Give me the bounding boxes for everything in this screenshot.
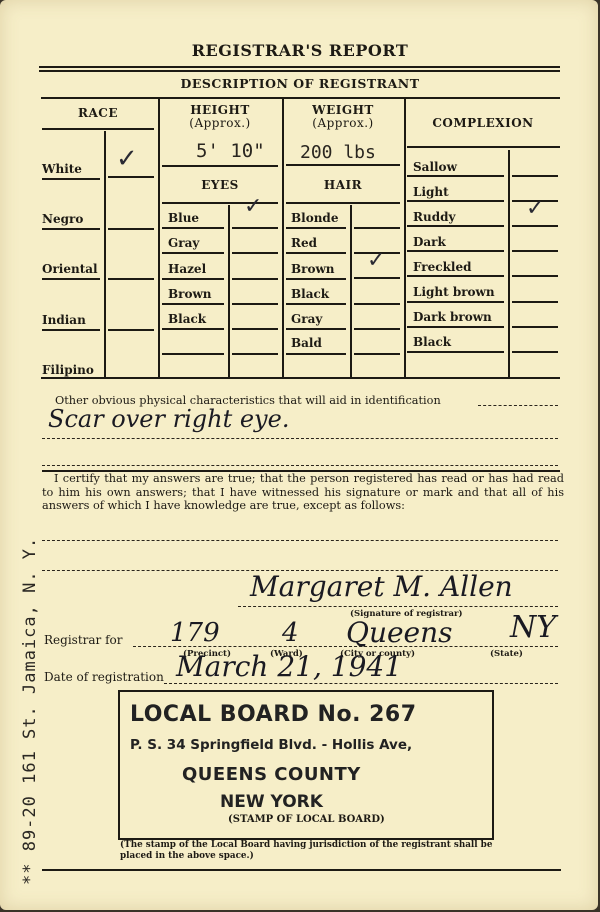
- city-value[interactable]: Queens: [346, 616, 453, 649]
- rule: [407, 275, 504, 277]
- rule: [512, 275, 558, 277]
- dotted-rule: [164, 683, 558, 684]
- hair-check-divider: [350, 205, 352, 378]
- race-check-white[interactable]: ✓: [116, 146, 138, 172]
- date-value[interactable]: March 21, 1941: [176, 650, 402, 683]
- complexion-header: COMPLEXION: [406, 116, 560, 130]
- race-header-rule: [42, 128, 154, 130]
- race-check-divider: [104, 131, 106, 378]
- hair-option-gray: Gray: [291, 312, 322, 326]
- complexion-option-dark: Dark: [413, 235, 446, 249]
- rule: [407, 301, 504, 303]
- title-rule-bottom: [39, 70, 560, 72]
- hair-option-red: Red: [291, 236, 317, 250]
- rule: [354, 303, 400, 305]
- rule: [162, 278, 224, 280]
- complexion-check-ruddy[interactable]: ✓: [526, 198, 544, 220]
- complexion-option-light: Light: [413, 185, 449, 199]
- bottom-rule: [42, 869, 561, 871]
- precinct-value[interactable]: 179: [170, 618, 220, 648]
- date-label: Date of registration: [44, 671, 164, 685]
- complexion-option-dark-brown: Dark brown: [413, 310, 492, 324]
- rule: [108, 278, 154, 280]
- rule: [286, 278, 346, 280]
- race-header: RACE: [42, 106, 154, 120]
- rule: [286, 252, 346, 254]
- eyes-option-black: Black: [168, 312, 206, 326]
- rule: [286, 164, 400, 166]
- rule: [354, 277, 400, 279]
- table-bottom-rule: [41, 377, 560, 379]
- rule: [162, 227, 224, 229]
- hair-option-black: Black: [291, 287, 329, 301]
- rule: [407, 175, 504, 177]
- rule: [512, 250, 558, 252]
- height-value[interactable]: 5' 10": [196, 140, 265, 162]
- rule: [162, 165, 278, 167]
- dotted-rule: [42, 540, 558, 541]
- complexion-check-divider: [508, 150, 510, 378]
- race-option-indian: Indian: [42, 313, 86, 327]
- side-address-stamp: ** 89-20 161 St. Jamaica, N. Y.: [20, 537, 40, 885]
- rule: [232, 303, 278, 305]
- rule: [162, 328, 224, 330]
- divider-height: [282, 98, 284, 378]
- race-option-filipino: Filipino: [42, 363, 94, 377]
- state-caption: (State): [490, 649, 523, 659]
- stamp-line-address: P. S. 34 Springfield Blvd. - Hollis Ave,: [130, 737, 412, 753]
- complexion-option-black: Black: [413, 335, 451, 349]
- hair-option-blonde: Blonde: [291, 211, 338, 225]
- rule: [42, 178, 100, 180]
- rule: [108, 176, 154, 178]
- weight-header: WEIGHT: [284, 103, 402, 117]
- report-title: REGISTRAR'S REPORT: [0, 44, 600, 58]
- registrar-signature[interactable]: Margaret M. Allen: [250, 570, 513, 603]
- rule: [42, 278, 100, 280]
- characteristics-value[interactable]: Scar over right eye.: [48, 405, 289, 433]
- stamp-caption: (STAMP OF LOCAL BOARD): [228, 814, 385, 825]
- hair-header: HAIR: [284, 178, 402, 192]
- section-title: DESCRIPTION OF REGISTRANT: [0, 77, 600, 91]
- ward-value[interactable]: 4: [282, 618, 299, 648]
- certification-text: I certify that my answers are true; that…: [42, 472, 564, 513]
- rule: [286, 202, 400, 204]
- weight-value[interactable]: 200 lbs: [300, 142, 376, 163]
- rule: [108, 228, 154, 230]
- dotted-rule: [42, 438, 558, 439]
- rule: [162, 252, 224, 254]
- rule: [232, 278, 278, 280]
- rule: [407, 225, 504, 227]
- hair-option-bald: Bald: [291, 336, 322, 350]
- divider-weight: [404, 98, 406, 378]
- rule: [286, 227, 346, 229]
- rule: [232, 252, 278, 254]
- state-value[interactable]: NY: [510, 610, 556, 645]
- eyes-check-divider: [228, 205, 230, 378]
- height-header: HEIGHT: [160, 103, 280, 117]
- rule: [354, 227, 400, 229]
- eyes-option-brown: Brown: [168, 287, 212, 301]
- hair-option-brown: Brown: [291, 262, 335, 276]
- divider-race: [158, 98, 160, 378]
- registration-card: REGISTRAR'S REPORT DESCRIPTION OF REGIST…: [0, 0, 598, 910]
- rule: [512, 301, 558, 303]
- stamp-note: (The stamp of the Local Board having jur…: [120, 840, 500, 862]
- rule: [354, 328, 400, 330]
- rule: [232, 227, 278, 229]
- title-rule-top: [39, 66, 560, 68]
- rule: [108, 329, 154, 331]
- rule: [232, 353, 278, 355]
- rule: [286, 353, 346, 355]
- weight-approx: (Approx.): [284, 116, 402, 130]
- rule: [42, 228, 100, 230]
- stamp-line-board: LOCAL BOARD No. 267: [130, 702, 417, 727]
- rule: [512, 351, 558, 353]
- rule: [407, 351, 504, 353]
- race-option-negro: Negro: [42, 212, 83, 226]
- race-option-oriental: Oriental: [42, 262, 98, 276]
- rule: [42, 329, 100, 331]
- complexion-option-light-brown: Light brown: [413, 285, 495, 299]
- rule: [407, 326, 504, 328]
- height-approx: (Approx.): [160, 116, 280, 130]
- rule: [232, 328, 278, 330]
- complexion-option-ruddy: Ruddy: [413, 210, 455, 224]
- rule: [407, 250, 504, 252]
- rule: [512, 225, 558, 227]
- local-board-stamp: LOCAL BOARD No. 267 P. S. 34 Springfield…: [118, 690, 494, 840]
- rule: [286, 328, 346, 330]
- eyes-header: EYES: [160, 178, 280, 192]
- eyes-option-blue: Blue: [168, 211, 199, 225]
- hair-check-brown[interactable]: ✓: [367, 250, 385, 272]
- complexion-option-sallow: Sallow: [413, 160, 457, 174]
- race-option-white: White: [42, 162, 82, 176]
- registrar-for-label: Registrar for: [44, 634, 122, 648]
- dotted-rule: [42, 465, 558, 466]
- rule: [354, 353, 400, 355]
- eyes-check-blue[interactable]: ✓: [244, 196, 262, 218]
- dotted-rule: [478, 405, 558, 406]
- eyes-option-gray: Gray: [168, 236, 199, 250]
- rule: [512, 326, 558, 328]
- stamp-line-state: NEW YORK: [220, 792, 323, 812]
- rule: [407, 200, 504, 202]
- dotted-rule: [238, 606, 558, 607]
- stamp-line-county: QUEENS COUNTY: [182, 764, 361, 785]
- rule: [407, 146, 560, 148]
- eyes-option-hazel: Hazel: [168, 262, 206, 276]
- section-rule: [41, 97, 560, 99]
- rule: [162, 303, 224, 305]
- rule: [162, 353, 224, 355]
- complexion-option-freckled: Freckled: [413, 260, 471, 274]
- rule: [512, 175, 558, 177]
- rule: [286, 303, 346, 305]
